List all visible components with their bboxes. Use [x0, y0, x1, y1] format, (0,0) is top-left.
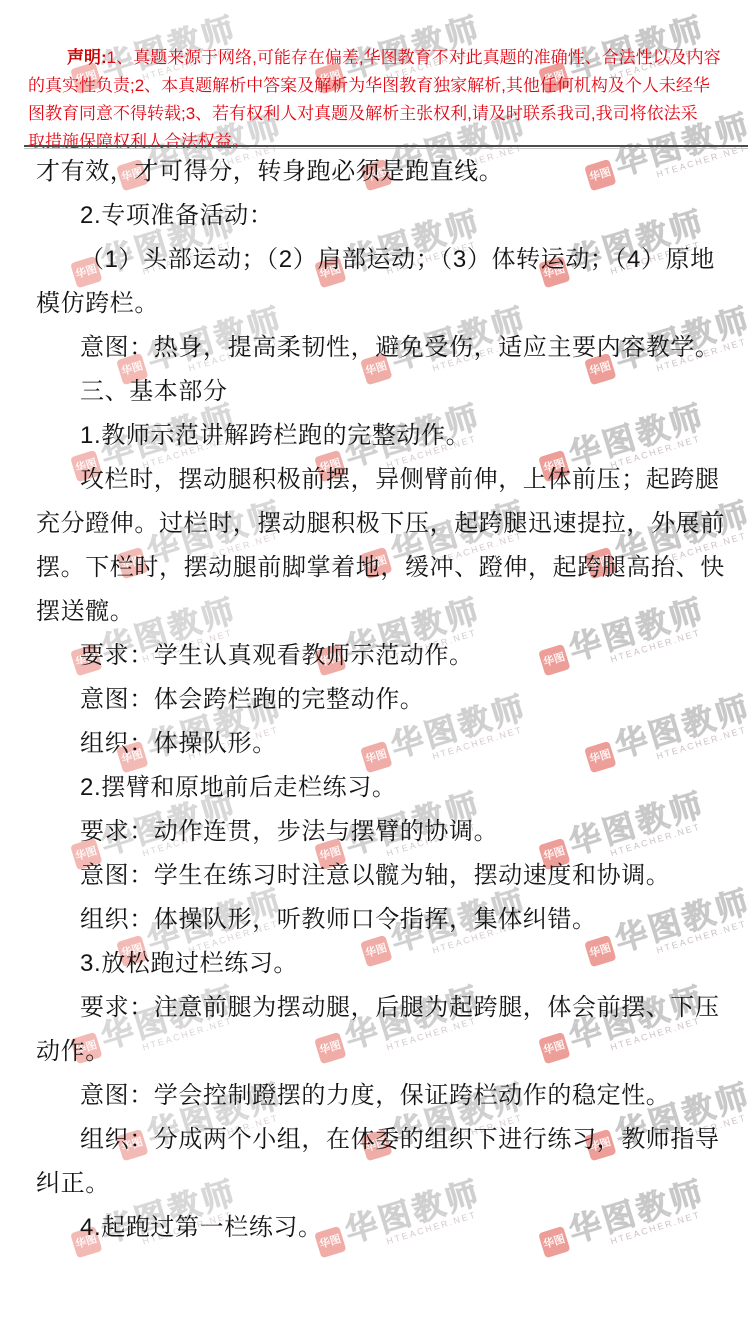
disclaimer-line-text: 1、真题来源于网络,可能存在偏差,华图教育不对此真题的准确性、合法性以及内容	[107, 48, 721, 67]
disclaimer-line: 图教育同意不得转载;3、若有权利人对真题及解析主张权利,请及时联系我司,我司将依…	[28, 100, 726, 128]
body-line: 摆。下栏时，摆动腿前脚掌着地，缓冲、蹬伸，起跨腿高抬、快	[36, 546, 728, 590]
divider-rule	[24, 145, 748, 149]
body-line: 2.专项准备活动：	[36, 194, 728, 238]
body-line: 2.摆臂和原地前后走栏练习。	[36, 766, 728, 810]
body-line: 4.起跑过第一栏练习。	[36, 1206, 728, 1250]
disclaimer-label: 声明:	[67, 48, 107, 67]
body-line: 纠正。	[36, 1162, 728, 1206]
body-line: 意图：体会跨栏跑的完整动作。	[36, 678, 728, 722]
body-line: 动作。	[36, 1030, 728, 1074]
body-line: 组织：分成两个小组，在体委的组织下进行练习，教师指导	[36, 1118, 728, 1162]
body-line: 要求：学生认真观看教师示范动作。	[36, 634, 728, 678]
body-line: 摆送髋。	[36, 590, 728, 634]
document-body: 才有效，才可得分，转身跑必须是跑直线。2.专项准备活动：（1）头部运动；（2）肩…	[36, 150, 728, 1250]
body-line: 充分蹬伸。过栏时，摆动腿积极下压，起跨腿迅速提拉，外展前	[36, 502, 728, 546]
disclaimer: 声明:1、真题来源于网络,可能存在偏差,华图教育不对此真题的准确性、合法性以及内…	[28, 44, 726, 156]
body-line: 三、基本部分	[36, 370, 728, 414]
body-line: 才有效，才可得分，转身跑必须是跑直线。	[36, 150, 728, 194]
disclaimer-line-text: 的真实性负责;2、本真题解析中答案及解析为华图教育独家解析,其他任何机构及个人未…	[28, 76, 710, 95]
body-line: 3.放松跑过栏练习。	[36, 942, 728, 986]
body-line: 1.教师示范讲解跨栏跑的完整动作。	[36, 414, 728, 458]
disclaimer-line: 的真实性负责;2、本真题解析中答案及解析为华图教育独家解析,其他任何机构及个人未…	[28, 72, 726, 100]
body-line: 模仿跨栏。	[36, 282, 728, 326]
body-line: 组织：体操队形，听教师口令指挥，集体纠错。	[36, 898, 728, 942]
body-line: 意图：热身，提高柔韧性，避免受伤，适应主要内容教学。	[36, 326, 728, 370]
body-line: 组织：体操队形。	[36, 722, 728, 766]
disclaimer-line: 声明:1、真题来源于网络,可能存在偏差,华图教育不对此真题的准确性、合法性以及内…	[28, 44, 726, 72]
body-line: （1）头部运动；（2）肩部运动；（3）体转运动；（4）原地	[36, 238, 728, 282]
body-line: 攻栏时，摆动腿积极前摆，异侧臂前伸，上体前压；起跨腿	[36, 458, 728, 502]
body-line: 意图：学会控制蹬摆的力度，保证跨栏动作的稳定性。	[36, 1074, 728, 1118]
body-line: 意图：学生在练习时注意以髋为轴，摆动速度和协调。	[36, 854, 728, 898]
body-line: 要求：动作连贯，步法与摆臂的协调。	[36, 810, 728, 854]
body-line: 要求：注意前腿为摆动腿，后腿为起跨腿，体会前摆、下压	[36, 986, 728, 1030]
disclaimer-line-text: 图教育同意不得转载;3、若有权利人对真题及解析主张权利,请及时联系我司,我司将依…	[28, 104, 698, 123]
document-page: { "disclaimer": { "lines": [ {"bold": "声…	[0, 0, 748, 1335]
